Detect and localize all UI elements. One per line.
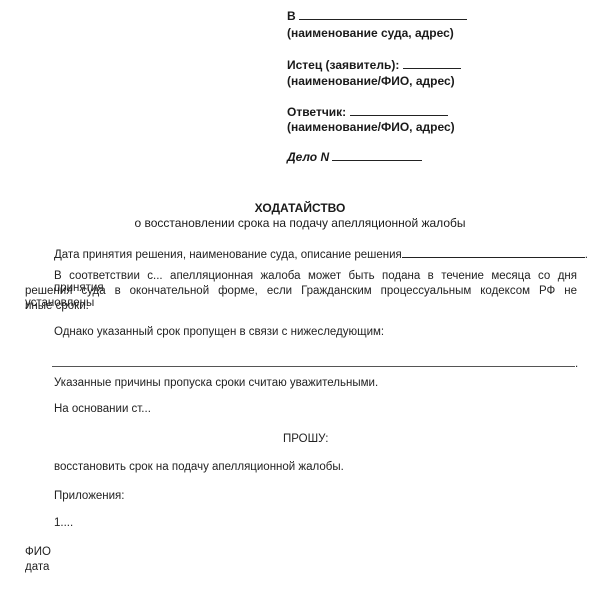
court-prefix: В bbox=[287, 9, 296, 23]
paragraph-decision: Дата принятия решения, наименование суда… bbox=[54, 246, 588, 261]
attachments-label: Приложения: bbox=[54, 490, 124, 502]
plaintiff-blank bbox=[403, 57, 461, 69]
plaintiff-line: Истец (заявитель): bbox=[287, 57, 461, 72]
case-blank bbox=[332, 149, 422, 161]
court-blank bbox=[299, 8, 467, 20]
court-hint: (наименование суда, адрес) bbox=[287, 26, 454, 40]
defendant-hint: (наименование/ФИО, адрес) bbox=[287, 120, 455, 134]
paragraph-valid-reasons: Указанные причины пропуска сроки считаю … bbox=[54, 377, 378, 389]
request-heading: ПРОШУ: bbox=[283, 433, 328, 445]
defendant-label: Ответчик: bbox=[287, 105, 346, 119]
reasons-period: . bbox=[575, 358, 578, 370]
defendant-line: Ответчик: bbox=[287, 104, 448, 119]
case-line: Дело N bbox=[287, 149, 422, 164]
attachment-item: 1.... bbox=[54, 517, 73, 529]
paragraph-reasons-intro: Однако указанный срок пропущен в связи с… bbox=[54, 326, 384, 338]
paragraph-legal-basis: На основании ст... bbox=[54, 403, 151, 415]
plaintiff-label: Истец (заявитель): bbox=[287, 58, 399, 72]
reasons-blank bbox=[52, 355, 575, 367]
signature-name: ФИО bbox=[25, 546, 51, 558]
request-text: восстановить срок на подачу апелляционно… bbox=[54, 461, 344, 473]
plaintiff-hint: (наименование/ФИО, адрес) bbox=[287, 74, 455, 88]
decision-blank bbox=[402, 246, 585, 258]
defendant-blank bbox=[350, 104, 448, 116]
reasons-line: . bbox=[52, 355, 578, 370]
paragraph-law-line2: решения суда в окончательной форме, если… bbox=[25, 285, 577, 309]
paragraph-law-line3: иные сроки. bbox=[25, 300, 89, 312]
case-label: Дело N bbox=[287, 150, 329, 164]
signature-date: дата bbox=[25, 561, 49, 573]
decision-text: Дата принятия решения, наименование суда… bbox=[54, 249, 402, 261]
document-subtitle: о восстановлении срока на подачу апелляц… bbox=[0, 216, 600, 230]
document-title: ХОДАТАЙСТВО bbox=[0, 201, 600, 215]
decision-period: . bbox=[585, 249, 588, 261]
court-line: В bbox=[287, 8, 467, 23]
